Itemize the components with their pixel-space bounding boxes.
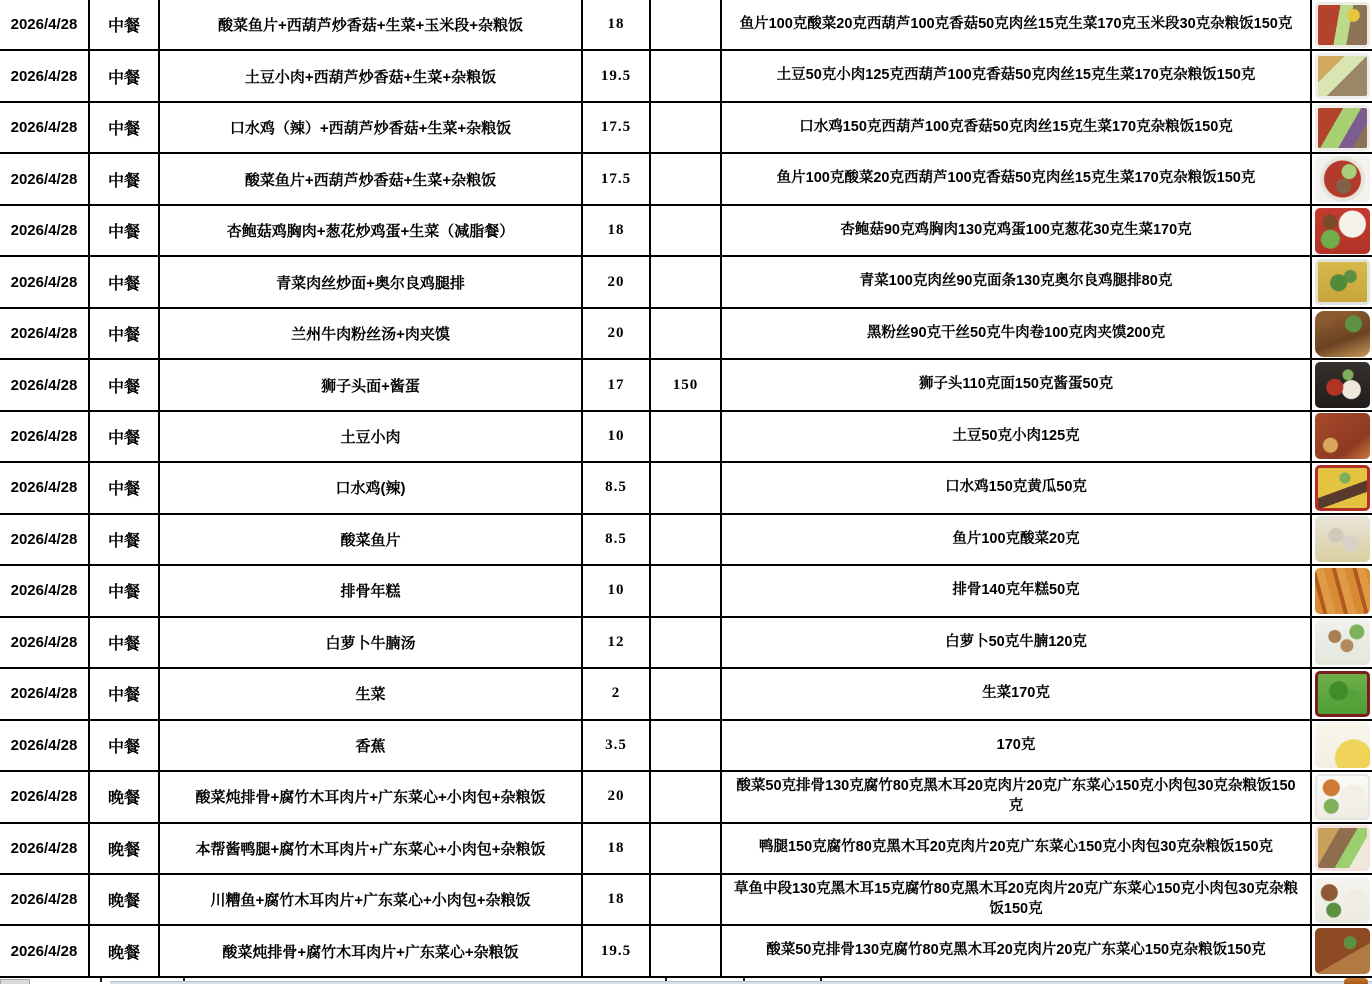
meal-type-cell[interactable]: 中餐	[90, 360, 160, 411]
table-row: 2026/4/28 中餐 排骨年糕 10 排骨140克年糕50克	[0, 566, 1372, 617]
meal-type-cell[interactable]: 晚餐	[90, 875, 160, 926]
table-row: 2026/4/28 中餐 杏鲍菇鸡胸肉+葱花炒鸡蛋+生菜（减脂餐） 18 杏鲍菇…	[0, 206, 1372, 257]
food-photo[interactable]	[1315, 516, 1370, 562]
ingredients-cell[interactable]: 青菜100克肉丝90克面条130克奥尔良鸡腿排80克	[722, 257, 1312, 308]
qty-cell[interactable]	[651, 566, 722, 617]
photo-cell[interactable]	[1312, 618, 1372, 669]
date-cell[interactable]: 2026/4/28	[0, 515, 90, 566]
dish-name-cell[interactable]: 酸菜鱼片	[160, 515, 583, 566]
photo-cell[interactable]	[1312, 0, 1372, 51]
photo-cell[interactable]	[1312, 463, 1372, 514]
qty-cell[interactable]	[651, 154, 722, 205]
meal-type-cell[interactable]: 中餐	[90, 103, 160, 154]
date-cell[interactable]: 2026/4/28	[0, 824, 90, 875]
ingredients-cell[interactable]: 鱼片100克酸菜20克西葫芦100克香菇50克肉丝15克生菜170克玉米段30克…	[722, 0, 1312, 51]
table-row: 2026/4/28 中餐 酸菜鱼片 8.5 鱼片100克酸菜20克	[0, 515, 1372, 566]
ingredients-cell[interactable]: 口水鸡150克黄瓜50克	[722, 463, 1312, 514]
ingredients-cell[interactable]: 土豆50克小肉125克西葫芦100克香菇50克肉丝15克生菜170克杂粮饭150…	[722, 51, 1312, 102]
date-cell[interactable]: 2026/4/28	[0, 772, 90, 823]
date-cell[interactable]: 2026/4/28	[0, 360, 90, 411]
table-row: 2026/4/28 中餐 白萝卜牛腩汤 12 白萝卜50克牛腩120克	[0, 618, 1372, 669]
table-row: 2026/4/28 晚餐 酸菜炖排骨+腐竹木耳肉片+广东菜心+小肉包+杂粮饭 2…	[0, 772, 1372, 823]
date-cell[interactable]: 2026/4/28	[0, 618, 90, 669]
price-cell[interactable]: 17.5	[583, 154, 651, 205]
date-cell[interactable]: 2026/4/28	[0, 51, 90, 102]
table-row: 2026/4/28 中餐 口水鸡（辣）+西葫芦炒香菇+生菜+杂粮饭 17.5 口…	[0, 103, 1372, 154]
date-cell[interactable]: 2026/4/28	[0, 669, 90, 720]
table-row: 2026/4/28 中餐 酸菜鱼片+西葫芦炒香菇+生菜+杂粮饭 17.5 鱼片1…	[0, 154, 1372, 205]
dish-name-cell[interactable]: 酸菜鱼片+西葫芦炒香菇+生菜+玉米段+杂粮饭	[160, 0, 583, 51]
date-cell[interactable]: 2026/4/28	[0, 206, 90, 257]
price-cell[interactable]: 20	[583, 257, 651, 308]
price-cell[interactable]: 17.5	[583, 103, 651, 154]
table-row: 2026/4/28 中餐 狮子头面+酱蛋 17 150 狮子头110克面150克…	[0, 360, 1372, 411]
dish-name-cell[interactable]: 白萝卜牛腩汤	[160, 618, 583, 669]
food-photo[interactable]	[1315, 774, 1370, 820]
meal-type-cell[interactable]: 中餐	[90, 618, 160, 669]
photo-cell[interactable]	[1312, 309, 1372, 360]
photo-cell[interactable]	[1312, 51, 1372, 102]
meal-type-cell[interactable]: 中餐	[90, 0, 160, 51]
meal-type-cell[interactable]: 晚餐	[90, 926, 160, 977]
price-cell[interactable]: 18	[583, 0, 651, 51]
price-cell[interactable]: 18	[583, 875, 651, 926]
menu-table: 2026/4/28 中餐 酸菜鱼片+西葫芦炒香菇+生菜+玉米段+杂粮饭 18 鱼…	[0, 0, 1372, 978]
price-cell[interactable]: 12	[583, 618, 651, 669]
meal-type-cell[interactable]: 中餐	[90, 206, 160, 257]
photo-cell[interactable]	[1312, 772, 1372, 823]
qty-cell[interactable]	[651, 257, 722, 308]
qty-cell[interactable]	[651, 515, 722, 566]
dish-name-cell[interactable]: 青菜肉丝炒面+奥尔良鸡腿排	[160, 257, 583, 308]
photo-cell[interactable]	[1312, 206, 1372, 257]
meal-type-cell[interactable]: 中餐	[90, 412, 160, 463]
food-photo[interactable]	[1315, 156, 1370, 202]
price-cell[interactable]: 10	[583, 412, 651, 463]
ingredients-cell[interactable]: 酸菜50克排骨130克腐竹80克黑木耳20克肉片20克广东菜心150克杂粮饭15…	[722, 926, 1312, 977]
qty-cell[interactable]	[651, 875, 722, 926]
sheet-tab-stub[interactable]	[0, 979, 30, 984]
date-cell[interactable]: 2026/4/28	[0, 463, 90, 514]
food-photo[interactable]	[1315, 722, 1370, 768]
photo-cell[interactable]	[1312, 103, 1372, 154]
food-photo[interactable]	[1315, 825, 1370, 871]
dish-name-cell[interactable]: 兰州牛肉粉丝汤+肉夹馍	[160, 309, 583, 360]
dish-name-cell[interactable]: 生菜	[160, 669, 583, 720]
food-photo[interactable]	[1315, 671, 1370, 717]
price-cell[interactable]: 17	[583, 360, 651, 411]
meal-type-cell[interactable]: 中餐	[90, 309, 160, 360]
ingredients-cell[interactable]: 白萝卜50克牛腩120克	[722, 618, 1312, 669]
price-cell[interactable]: 19.5	[583, 51, 651, 102]
price-cell[interactable]: 19.5	[583, 926, 651, 977]
food-photo[interactable]	[1315, 619, 1370, 665]
qty-cell[interactable]	[651, 51, 722, 102]
table-row: 2026/4/28 中餐 口水鸡(辣) 8.5 口水鸡150克黄瓜50克	[0, 463, 1372, 514]
price-cell[interactable]: 20	[583, 309, 651, 360]
food-photo[interactable]	[1315, 105, 1370, 151]
price-cell[interactable]: 8.5	[583, 463, 651, 514]
table-row: 2026/4/28 中餐 土豆小肉+西葫芦炒香菇+生菜+杂粮饭 19.5 土豆5…	[0, 51, 1372, 102]
qty-cell[interactable]	[651, 772, 722, 823]
meal-type-cell[interactable]: 中餐	[90, 154, 160, 205]
ingredients-cell[interactable]: 生菜170克	[722, 669, 1312, 720]
date-cell[interactable]: 2026/4/28	[0, 103, 90, 154]
table-row: 2026/4/28 晚餐 川糟鱼+腐竹木耳肉片+广东菜心+小肉包+杂粮饭 18 …	[0, 875, 1372, 926]
food-photo[interactable]	[1315, 53, 1370, 99]
food-photo[interactable]	[1315, 2, 1370, 48]
qty-cell[interactable]: 150	[651, 360, 722, 411]
ingredients-cell[interactable]: 黑粉丝90克干丝50克牛肉卷100克肉夹馍200克	[722, 309, 1312, 360]
date-cell[interactable]: 2026/4/28	[0, 0, 90, 51]
qty-cell[interactable]	[651, 412, 722, 463]
ingredients-cell[interactable]: 狮子头110克面150克酱蛋50克	[722, 360, 1312, 411]
photo-cell[interactable]	[1312, 154, 1372, 205]
qty-cell[interactable]	[651, 103, 722, 154]
date-cell[interactable]: 2026/4/28	[0, 154, 90, 205]
qty-cell[interactable]	[651, 463, 722, 514]
food-photo[interactable]	[1315, 311, 1370, 357]
dish-name-cell[interactable]: 酸菜炖排骨+腐竹木耳肉片+广东菜心+小肉包+杂粮饭	[160, 772, 583, 823]
date-cell[interactable]: 2026/4/28	[0, 412, 90, 463]
dish-name-cell[interactable]: 川糟鱼+腐竹木耳肉片+广东菜心+小肉包+杂粮饭	[160, 875, 583, 926]
photo-cell[interactable]	[1312, 824, 1372, 875]
food-photo[interactable]	[1315, 877, 1370, 923]
meal-type-cell[interactable]: 中餐	[90, 566, 160, 617]
meal-type-cell[interactable]: 中餐	[90, 669, 160, 720]
table-row: 2026/4/28 中餐 土豆小肉 10 土豆50克小肉125克	[0, 412, 1372, 463]
ingredients-cell[interactable]: 口水鸡150克西葫芦100克香菇50克肉丝15克生菜170克杂粮饭150克	[722, 103, 1312, 154]
partial-food-photo	[1344, 978, 1368, 984]
food-photo[interactable]	[1315, 259, 1370, 305]
photo-cell[interactable]	[1312, 669, 1372, 720]
table-row: 2026/4/28 中餐 香蕉 3.5 170克	[0, 721, 1372, 772]
dish-name-cell[interactable]: 杏鲍菇鸡胸肉+葱花炒鸡蛋+生菜（减脂餐）	[160, 206, 583, 257]
meal-type-cell[interactable]: 中餐	[90, 257, 160, 308]
food-photo[interactable]	[1315, 568, 1370, 614]
dish-name-cell[interactable]: 土豆小肉+西葫芦炒香菇+生菜+杂粮饭	[160, 51, 583, 102]
food-photo[interactable]	[1315, 465, 1370, 511]
meal-type-cell[interactable]: 中餐	[90, 721, 160, 772]
price-cell[interactable]: 8.5	[583, 515, 651, 566]
ingredients-cell[interactable]: 鸭腿150克腐竹80克黑木耳20克肉片20克广东菜心150克小肉包30克杂粮饭1…	[722, 824, 1312, 875]
date-cell[interactable]: 2026/4/28	[0, 721, 90, 772]
qty-cell[interactable]	[651, 926, 722, 977]
ingredients-cell[interactable]: 酸菜50克排骨130克腐竹80克黑木耳20克肉片20克广东菜心150克小肉包30…	[722, 772, 1312, 823]
dish-name-cell[interactable]: 口水鸡（辣）+西葫芦炒香菇+生菜+杂粮饭	[160, 103, 583, 154]
qty-cell[interactable]	[651, 824, 722, 875]
date-cell[interactable]: 2026/4/28	[0, 875, 90, 926]
price-cell[interactable]: 18	[583, 824, 651, 875]
meal-menu-spreadsheet: 2026/4/28 中餐 酸菜鱼片+西葫芦炒香菇+生菜+玉米段+杂粮饭 18 鱼…	[0, 0, 1372, 984]
food-photo[interactable]	[1315, 208, 1370, 254]
dish-name-cell[interactable]: 口水鸡(辣)	[160, 463, 583, 514]
ingredients-cell[interactable]: 鱼片100克酸菜20克	[722, 515, 1312, 566]
meal-type-cell[interactable]: 晚餐	[90, 824, 160, 875]
qty-cell[interactable]	[651, 309, 722, 360]
ingredients-cell[interactable]: 土豆50克小肉125克	[722, 412, 1312, 463]
photo-cell[interactable]	[1312, 412, 1372, 463]
dish-name-cell[interactable]: 排骨年糕	[160, 566, 583, 617]
ingredients-cell[interactable]: 排骨140克年糕50克	[722, 566, 1312, 617]
food-photo[interactable]	[1315, 362, 1370, 408]
dish-name-cell[interactable]: 狮子头面+酱蛋	[160, 360, 583, 411]
qty-cell[interactable]	[651, 618, 722, 669]
food-photo[interactable]	[1315, 928, 1370, 974]
price-cell[interactable]: 18	[583, 206, 651, 257]
photo-cell[interactable]	[1312, 515, 1372, 566]
qty-cell[interactable]	[651, 0, 722, 51]
price-cell[interactable]: 2	[583, 669, 651, 720]
date-cell[interactable]: 2026/4/28	[0, 309, 90, 360]
table-row: 2026/4/28 中餐 青菜肉丝炒面+奥尔良鸡腿排 20 青菜100克肉丝90…	[0, 257, 1372, 308]
dish-name-cell[interactable]: 土豆小肉	[160, 412, 583, 463]
photo-cell[interactable]	[1312, 257, 1372, 308]
qty-cell[interactable]	[651, 206, 722, 257]
table-row: 2026/4/28 中餐 兰州牛肉粉丝汤+肉夹馍 20 黑粉丝90克干丝50克牛…	[0, 309, 1372, 360]
cell-border	[100, 978, 102, 982]
table-row: 2026/4/28 晚餐 酸菜炖排骨+腐竹木耳肉片+广东菜心+杂粮饭 19.5 …	[0, 926, 1372, 977]
photo-cell[interactable]	[1312, 721, 1372, 772]
price-cell[interactable]: 10	[583, 566, 651, 617]
meal-type-cell[interactable]: 中餐	[90, 51, 160, 102]
dish-name-cell[interactable]: 香蕉	[160, 721, 583, 772]
table-row: 2026/4/28 晚餐 本帮酱鸭腿+腐竹木耳肉片+广东菜心+小肉包+杂粮饭 1…	[0, 824, 1372, 875]
dish-name-cell[interactable]: 酸菜鱼片+西葫芦炒香菇+生菜+杂粮饭	[160, 154, 583, 205]
ingredients-cell[interactable]: 鱼片100克酸菜20克西葫芦100克香菇50克肉丝15克生菜170克杂粮饭150…	[722, 154, 1312, 205]
photo-cell[interactable]	[1312, 566, 1372, 617]
ingredients-cell[interactable]: 杏鲍菇90克鸡胸肉130克鸡蛋100克葱花30克生菜170克	[722, 206, 1312, 257]
qty-cell[interactable]	[651, 669, 722, 720]
date-cell[interactable]: 2026/4/28	[0, 257, 90, 308]
dish-name-cell[interactable]: 本帮酱鸭腿+腐竹木耳肉片+广东菜心+小肉包+杂粮饭	[160, 824, 583, 875]
meal-type-cell[interactable]: 中餐	[90, 463, 160, 514]
ingredients-cell[interactable]: 170克	[722, 721, 1312, 772]
price-cell[interactable]: 20	[583, 772, 651, 823]
photo-cell[interactable]	[1312, 926, 1372, 977]
ingredients-cell[interactable]: 草鱼中段130克黑木耳15克腐竹80克黑木耳20克肉片20克广东菜心150克小肉…	[722, 875, 1312, 926]
meal-type-cell[interactable]: 中餐	[90, 515, 160, 566]
date-cell[interactable]: 2026/4/28	[0, 926, 90, 977]
qty-cell[interactable]	[651, 721, 722, 772]
table-row: 2026/4/28 中餐 生菜 2 生菜170克	[0, 669, 1372, 720]
meal-type-cell[interactable]: 晚餐	[90, 772, 160, 823]
food-photo[interactable]	[1315, 413, 1370, 459]
photo-cell[interactable]	[1312, 360, 1372, 411]
date-cell[interactable]: 2026/4/28	[0, 566, 90, 617]
photo-cell[interactable]	[1312, 875, 1372, 926]
price-cell[interactable]: 3.5	[583, 721, 651, 772]
dish-name-cell[interactable]: 酸菜炖排骨+腐竹木耳肉片+广东菜心+杂粮饭	[160, 926, 583, 977]
partial-next-row	[0, 978, 1372, 984]
table-row: 2026/4/28 中餐 酸菜鱼片+西葫芦炒香菇+生菜+玉米段+杂粮饭 18 鱼…	[0, 0, 1372, 51]
